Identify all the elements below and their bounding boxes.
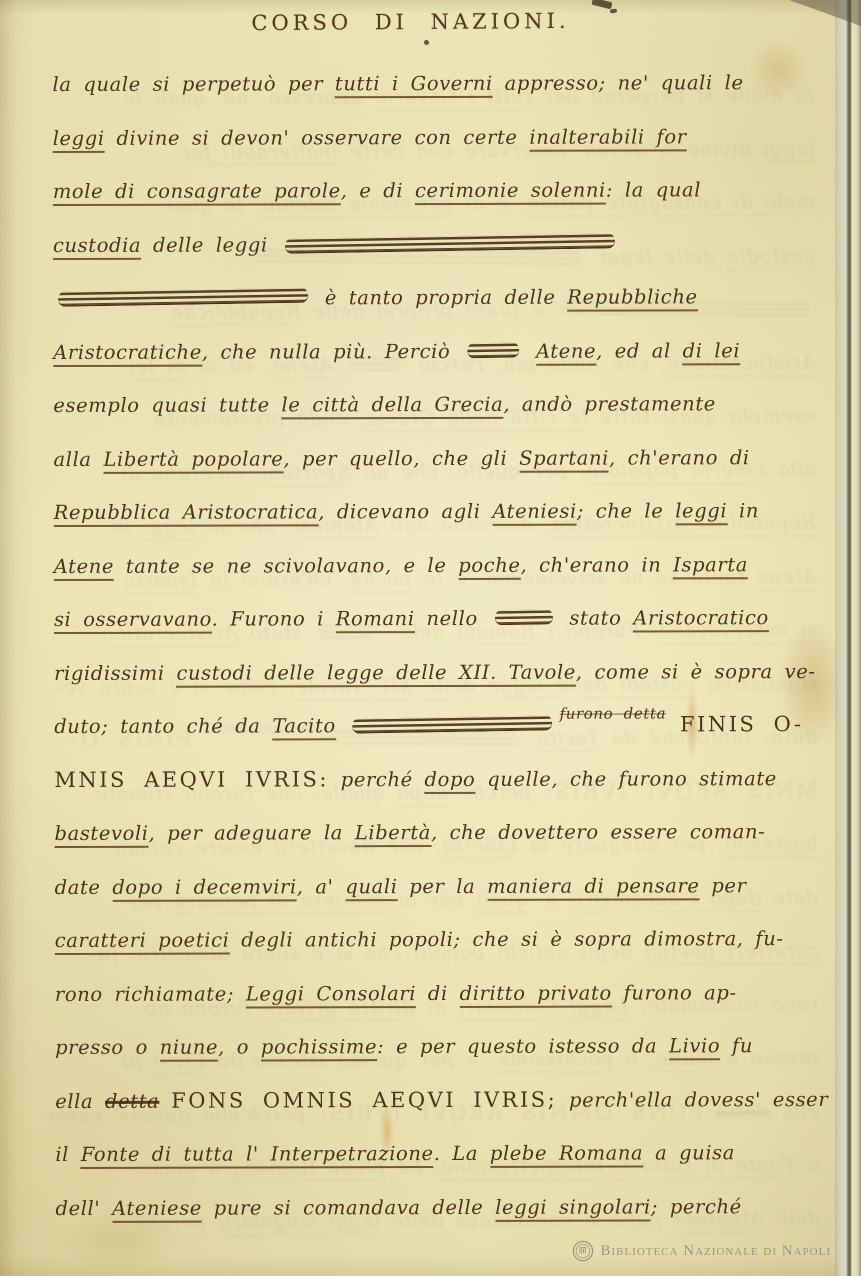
manuscript-line: esemplo quasi tutte le città della Greci… (53, 377, 830, 433)
text-segment: Atene (536, 339, 596, 365)
text-segment: Aristocratiche (53, 340, 202, 366)
manuscript-line: è tanto propria delle Repubbliche (53, 270, 830, 326)
library-seal-icon (572, 1240, 594, 1262)
text-segment: : la qual (606, 178, 701, 201)
text-segment: la quale si perpetuò per (52, 72, 334, 96)
text-segment: delle leggi (141, 233, 279, 256)
text-segment (668, 713, 680, 736)
text-segment: , per quello, che gli (283, 446, 519, 470)
text-segment: Aristocratico (633, 606, 769, 632)
scribbled-out-text (352, 715, 552, 733)
text-segment: presso o (55, 1036, 160, 1059)
text-segment: leggi (675, 499, 727, 525)
text-segment: dopo i decemviri (112, 875, 297, 901)
text-segment: in (727, 499, 759, 522)
text-segment: custodia (53, 233, 141, 259)
text-segment: fu (720, 1034, 753, 1057)
text-segment: quelle, che furono stimate (475, 767, 777, 791)
text-segment: , andò prestamente (503, 392, 716, 416)
manuscript-line: rigidissimi custodi delle legge delle XI… (54, 644, 831, 700)
text-segment: tutti i Governi (335, 72, 493, 98)
manuscript-line: rono richiamate; Leggi Consolari di diri… (55, 965, 832, 1021)
text-segment: bastevoli (54, 822, 148, 848)
text-segment: niune (160, 1036, 219, 1062)
manuscript-line: MNIS AEQVI IVRIS: perché dopo quelle, ch… (54, 751, 831, 807)
manuscript-line: si osservavano. Furono i Romani nello st… (54, 591, 831, 647)
book-page-edge (835, 0, 861, 1276)
text-segment: di lei (683, 339, 741, 365)
text-segment: detta (105, 1089, 159, 1112)
manuscript-line: Atene tante se ne scivolavano, e le poch… (54, 537, 831, 593)
text-segment: nello (415, 607, 490, 630)
text-segment: perch'ella dovess' esser (557, 1087, 828, 1111)
text-segment: , che dovettero essere coman- (431, 820, 765, 844)
text-segment: per la (397, 874, 487, 897)
text-segment: custodi delle legge delle XII. Tavole (176, 660, 576, 687)
text-segment: caratteri poetici (55, 929, 230, 955)
text-segment: degli antichi popoli; che si è sopra dim… (229, 927, 783, 951)
text-segment: duto; tanto ché da (54, 714, 272, 738)
text-segment: alla (53, 447, 103, 470)
text-segment: MNIS AEQVI IVRIS: (54, 767, 329, 792)
text-segment: di (416, 981, 460, 1004)
text-segment: leggi (53, 126, 105, 152)
text-segment: esemplo quasi tutte (53, 393, 281, 417)
text-segment: maniera di pensare (487, 874, 699, 901)
text-segment (524, 339, 536, 362)
text-segment: a guisa (643, 1141, 735, 1164)
text-segment: Ateniesi (492, 500, 577, 526)
text-segment: FINIS O- (680, 712, 804, 736)
text-segment: Repubblica Aristocratica (54, 500, 319, 527)
scribbled-out-text (284, 233, 614, 253)
text-segment: pure si comandava delle (202, 1195, 495, 1219)
text-segment: perché (329, 768, 425, 791)
manuscript-line: leggi divine si devon' osservare con cer… (53, 109, 830, 165)
text-segment: , dicevano agli (318, 500, 492, 523)
text-segment: il (55, 1143, 81, 1166)
text-segment: appresso; ne' quali le (493, 71, 744, 95)
text-segment: ella (55, 1089, 105, 1112)
text-segment: , per adeguare la (149, 821, 355, 845)
manuscript-text: la quale si perpetuò per tutti i Governi… (52, 56, 832, 1235)
text-segment: mole di consagrate parole (53, 179, 341, 206)
scribbled-out-text (494, 609, 552, 625)
text-segment (159, 1089, 171, 1112)
text-segment: , ed al (596, 339, 683, 362)
text-segment: ; perché (651, 1195, 742, 1218)
text-segment: Livio (669, 1034, 720, 1060)
text-segment: per (700, 874, 747, 897)
text-segment: rigidissimi (54, 661, 176, 684)
text-segment: Libertà (355, 821, 431, 847)
text-segment: FONS OMNIS AEQVI IVRIS; (171, 1087, 557, 1112)
text-segment: , che nulla più. Perciò (202, 339, 462, 363)
text-segment: Romani (336, 607, 415, 633)
text-segment: inalterabili for (529, 125, 686, 151)
manuscript-line: ella detta FONS OMNIS AEQVI IVRIS; perch… (55, 1072, 832, 1128)
scribbled-out-text (467, 342, 519, 358)
manuscript-line: caratteri poetici degli antichi popoli; … (55, 912, 832, 968)
library-stamp-label: Biblioteca Nazionale di Napoli (600, 1243, 831, 1260)
library-stamp: Biblioteca Nazionale di Napoli (572, 1240, 831, 1262)
manuscript-line: duto; tanto ché da Tacito furono detta F… (54, 698, 831, 754)
text-segment: date (55, 875, 113, 898)
manuscript-line: Aristocratiche, che nulla più. Perciò At… (53, 323, 830, 379)
manuscript-line: il Fonte di tutta l' Interpetrazione. La… (55, 1126, 832, 1182)
text-segment (336, 714, 348, 737)
text-segment: , ch'erano in (521, 553, 674, 576)
text-segment: leggi singolari (495, 1195, 651, 1221)
text-segment: Libertà popolare (103, 447, 283, 473)
text-segment: Spartani (519, 446, 609, 472)
text-segment: Fonte di tutta l' Interpetrazione (81, 1142, 434, 1169)
text-segment: . La (434, 1142, 490, 1165)
text-segment: dopo (425, 767, 476, 793)
text-segment: Tacito (272, 714, 336, 740)
text-segment: è tanto propria delle (313, 286, 567, 310)
page-title: CORSO DI NAZIONI. (0, 7, 821, 37)
manuscript-line: bastevoli, per adeguare la Libertà, che … (54, 805, 831, 861)
text-segment: , ch'erano di (609, 446, 750, 469)
text-segment: pochissime (261, 1035, 377, 1061)
text-segment: poche (458, 553, 520, 579)
manuscript-line: Repubblica Aristocratica, dicevano agli … (54, 484, 831, 540)
text-segment: furono ap- (612, 981, 737, 1004)
text-segment: furono detta (559, 687, 666, 741)
text-segment: diritto privato (460, 981, 612, 1007)
scribbled-out-text (58, 288, 308, 307)
text-segment: . Furono i (212, 607, 336, 630)
manuscript-line: alla Libertà popolare, per quello, che g… (53, 430, 830, 486)
manuscript-line: presso o niune, o pochissime: e per ques… (55, 1019, 832, 1075)
text-segment: quali (345, 875, 397, 901)
text-segment: : e per questo istesso da (377, 1034, 669, 1058)
text-segment: , e di (341, 179, 415, 202)
text-segment: stato (558, 607, 634, 630)
text-segment: Leggi Consolari (246, 982, 416, 1008)
text-segment: Isparta (673, 553, 748, 579)
manuscript-line: mole di consagrate parole, e di cerimoni… (53, 163, 830, 219)
text-segment: le città della Grecia (281, 393, 503, 420)
text-segment: ; che le (577, 499, 675, 522)
text-segment: rono richiamate; (55, 982, 246, 1005)
text-segment: , a' (297, 875, 346, 898)
text-segment: , o (218, 1035, 261, 1058)
manuscript-line: custodia delle leggi (53, 216, 830, 272)
text-segment: Repubbliche (567, 285, 697, 311)
text-segment: plebe Romana (490, 1141, 643, 1167)
text-segment: , come si è sopra ve- (576, 660, 816, 684)
text-segment: dell' (55, 1196, 112, 1219)
text-segment: divine si devon' osservare con certe (105, 125, 530, 149)
text-segment: Ateniese (112, 1196, 202, 1222)
text-segment: cerimonie solenni (415, 179, 606, 205)
manuscript-page-scan: CORSO DI NAZIONI. la quale si perpetuò p… (0, 0, 861, 1276)
manuscript-line: dell' Ateniese pure si comandava delle l… (55, 1179, 832, 1235)
text-segment: tante se ne scivolavano, e le (114, 553, 458, 577)
manuscript-line: date dopo i decemviri, a' quali per la m… (55, 858, 832, 914)
ink-speck (424, 40, 429, 45)
manuscript-line: la quale si perpetuò per tutti i Governi… (52, 56, 829, 112)
text-segment: Atene (54, 554, 114, 580)
text-segment: si osservavano (54, 608, 212, 634)
